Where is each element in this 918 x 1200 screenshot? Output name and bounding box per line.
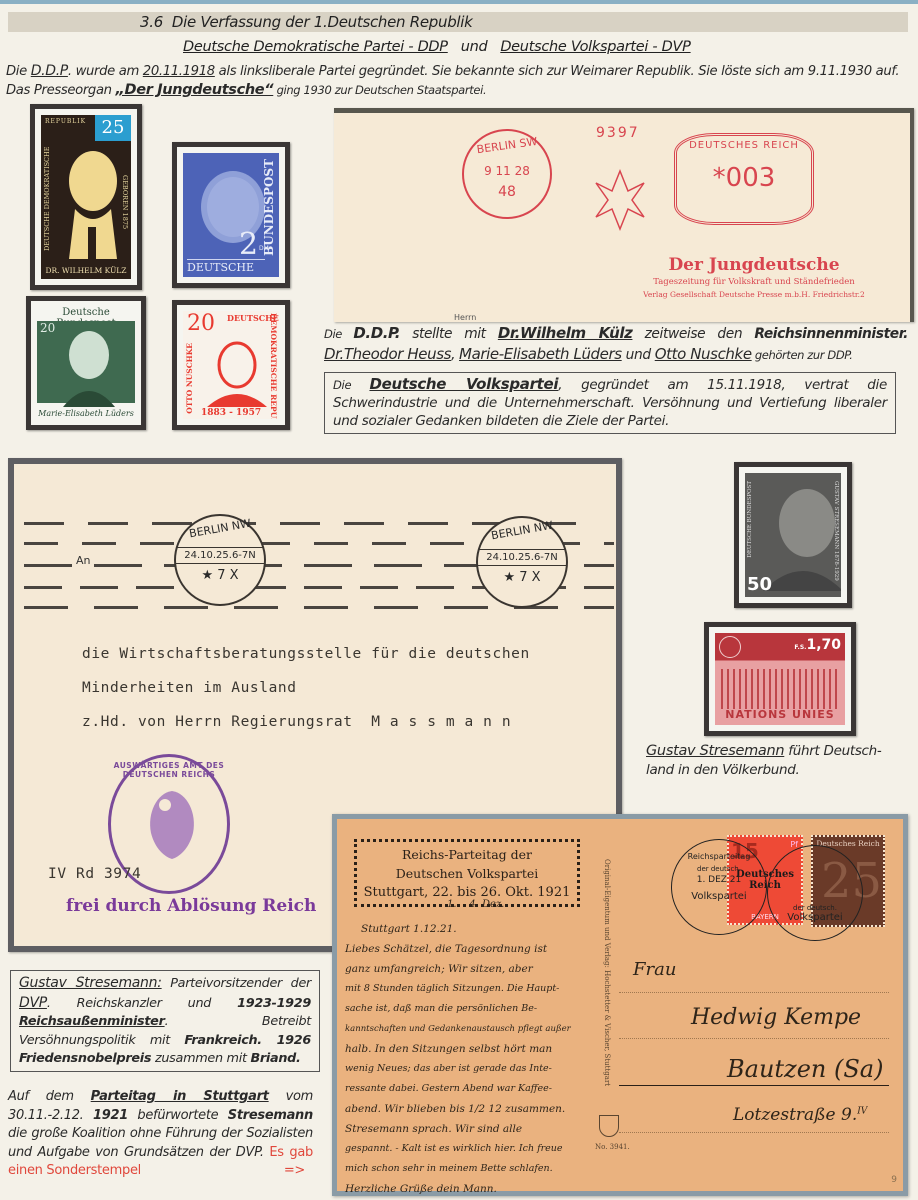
eagle-icon: [137, 783, 207, 863]
portrait-icon: [193, 167, 273, 257]
portrait-icon: [201, 337, 271, 407]
address-name: Hedwig Kempe: [691, 1005, 861, 1030]
event-label: Reichs-Parteitag der Deutschen Volkspart…: [354, 839, 580, 907]
meter-postmark: BERLIN SW 9 11 28 48: [462, 129, 552, 219]
an-label: An: [74, 554, 93, 567]
postmark-1: BERLIN NW 24.10.25.6-7N ★ 7 X: [174, 514, 266, 606]
handwritten-message: Stuttgart 1.12.21. Liebes Schätzel, die …: [345, 919, 603, 1199]
top-border: [0, 0, 918, 4]
parteitag-paragraph: Auf dem Parteitag in Stuttgart vom 30.11…: [8, 1088, 313, 1181]
stamp-heuss: BUNDESPOST 2 DM DEUTSCHE: [172, 142, 290, 288]
frei-stamp: frei durch Ablösung Reich: [66, 896, 316, 916]
intro-paragraph: Die D.D.P. wurde am 20.11.1918 als links…: [6, 62, 912, 100]
stamp-un: F.S.1,70 NATIONS UNIES: [704, 622, 856, 736]
parteitag-postcard: Reichs-Parteitag der Deutschen Volkspart…: [332, 814, 908, 1196]
stamp-stresemann: DEUTSCHE BUNDESPOST GUSTAV STRESEMANN 18…: [734, 462, 852, 608]
publisher-imprint: Original-Eigentum und Verlag: Hochstette…: [603, 859, 611, 1086]
organ-name: „Der Jungdeutsche“: [116, 82, 274, 98]
postmark-2: BERLIN NW 24.10.25.6-7N ★ 7 X: [476, 516, 568, 608]
meter-cover: BERLIN SW 9 11 28 48 9397 DEUTSCHES REIC…: [334, 108, 914, 322]
arrow-right: =>: [284, 1162, 305, 1181]
portrait-icon: [55, 149, 125, 259]
page-subtitle: Deutsche Demokratische Partei - DDP und …: [183, 39, 691, 55]
address-line-1: die Wirtschaftsberatungsstelle für die d…: [82, 646, 530, 662]
address-city: Bautzen (Sa): [727, 1055, 883, 1083]
subtitle-and: und: [461, 39, 488, 55]
subtitle-ddp: Deutsche Demokratische Partei - DDP: [183, 39, 448, 55]
special-cancel-2: der deutsch. Volkspartei: [767, 845, 863, 941]
reference-number: IV Rd 3974: [48, 866, 141, 882]
page-mark: 9: [891, 1175, 897, 1185]
address-line-3: z.Hd. von Herrn Regierungsrat M a s s m …: [82, 714, 511, 730]
address-street: Lotzestraße 9.IV: [733, 1105, 867, 1125]
meter-number: 9397: [596, 125, 640, 141]
newspaper-title: Der Jungdeutsche: [604, 255, 904, 275]
ddp-paragraph: Die D.D.P. stellte mit Dr.Wilhelm Külz z…: [324, 323, 908, 365]
ddp-link: D.D.P: [31, 63, 68, 79]
stamp-kuelz: REPUBLIK 25 DEUTSCHE DEMOKRATISCHE GEBOR…: [30, 104, 142, 290]
portrait-icon: [59, 325, 119, 407]
address-salutation: Frau: [633, 959, 676, 980]
page-title: 3.6 Die Verfassung der 1.Deutschen Repub…: [140, 13, 473, 31]
stamp-value: 25: [95, 115, 131, 141]
special-cancel-1: Reichsparteitag der deutsch. 1. DEZ 21 V…: [671, 839, 767, 935]
dvp-box: Die Deutsche Volkspartei, gegründet am 1…: [324, 372, 896, 434]
portrait-icon: [763, 481, 841, 591]
maltese-cross-icon: [592, 167, 648, 233]
stresemann-caption: Gustav Stresemann führt Deutsch-land in …: [646, 742, 896, 780]
un-emblem-icon: [719, 636, 741, 658]
subtitle-dvp: Deutsche Volkspartei - DVP: [500, 39, 690, 55]
stresemann-box: Gustav Stresemann: Parteivorsitzender de…: [10, 970, 320, 1072]
stamp-lueders: Deutsche Bundespost 20 Marie-Elisabeth L…: [26, 296, 146, 430]
stamp-nuschke: 20 DEUTSCHE DEMOKRATISCHE REPUBLIK OTTO …: [172, 300, 290, 430]
palace-icon: [721, 669, 839, 709]
date-correction: 1. 4. Dez.: [447, 899, 504, 910]
meter-frame: DEUTSCHES REICH *003: [674, 133, 814, 225]
address-line-2: Minderheiten im Ausland: [82, 680, 297, 696]
